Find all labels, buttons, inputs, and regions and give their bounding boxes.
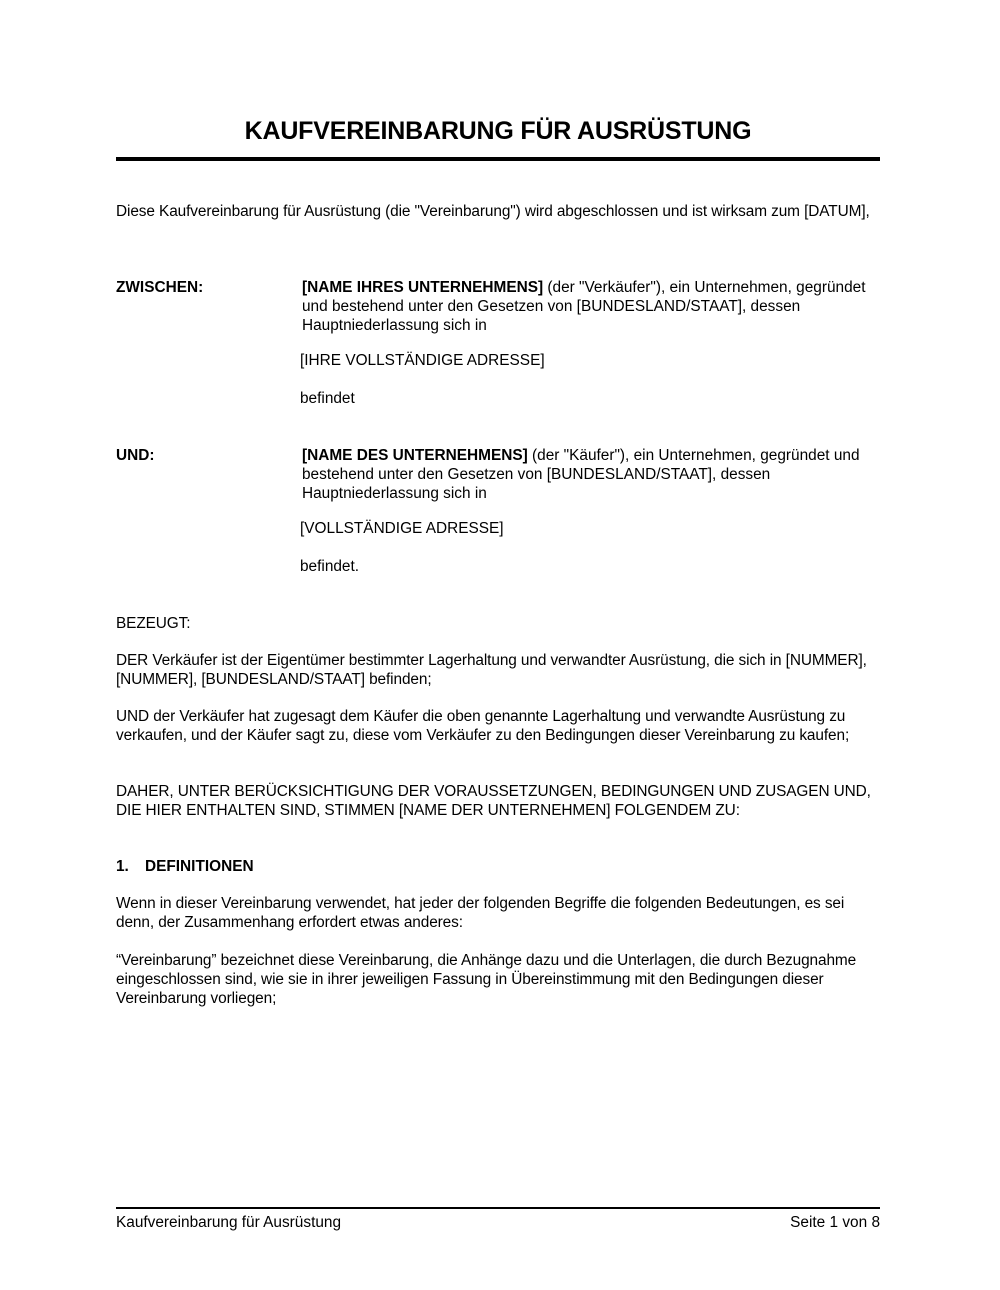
document-title: KAUFVEREINBARUNG FÜR AUSRÜSTUNG: [116, 114, 880, 148]
seller-address: [IHRE VOLLSTÄNDIGE ADRESSE]: [300, 351, 545, 370]
party-seller-description: [NAME IHRES UNTERNEHMENS] (der "Verkäufe…: [302, 278, 877, 335]
recital-paragraph: DAHER, UNTER BERÜCKSICHTIGUNG DER VORAUS…: [116, 782, 886, 820]
buyer-address: [VOLLSTÄNDIGE ADRESSE]: [300, 519, 504, 538]
footer-divider: [116, 1207, 880, 1209]
section-paragraph: “Vereinbarung” bezeichnet diese Vereinba…: [116, 951, 886, 1008]
section-paragraph: Wenn in dieser Vereinbarung verwendet, h…: [116, 894, 886, 932]
title-divider: [116, 157, 880, 161]
party-buyer-description: [NAME DES UNTERNEHMENS] (der "Käufer"), …: [302, 446, 877, 503]
recital-paragraph: UND der Verkäufer hat zugesagt dem Käufe…: [116, 707, 886, 745]
buyer-name: [NAME DES UNTERNEHMENS]: [302, 447, 528, 464]
buyer-closing: befindet.: [300, 557, 359, 576]
recital-paragraph: DER Verkäufer ist der Eigentümer bestimm…: [116, 651, 886, 689]
footer-document-title: Kaufvereinbarung für Ausrüstung: [116, 1213, 341, 1232]
document-page: KAUFVEREINBARUNG FÜR AUSRÜSTUNG Diese Ka…: [0, 0, 1000, 1290]
party-label-buyer: UND:: [116, 446, 154, 465]
section-number: 1.: [116, 857, 145, 876]
witness-label: BEZEUGT:: [116, 614, 886, 633]
section-title: DEFINITIONEN: [145, 858, 254, 875]
section-heading: 1.DEFINITIONEN: [116, 857, 254, 876]
intro-paragraph: Diese Kaufvereinbarung für Ausrüstung (d…: [116, 202, 886, 221]
seller-name: [NAME IHRES UNTERNEHMENS]: [302, 279, 543, 296]
seller-closing: befindet: [300, 389, 355, 408]
footer-page-number: Seite 1 von 8: [790, 1213, 880, 1232]
party-label-seller: ZWISCHEN:: [116, 278, 203, 297]
